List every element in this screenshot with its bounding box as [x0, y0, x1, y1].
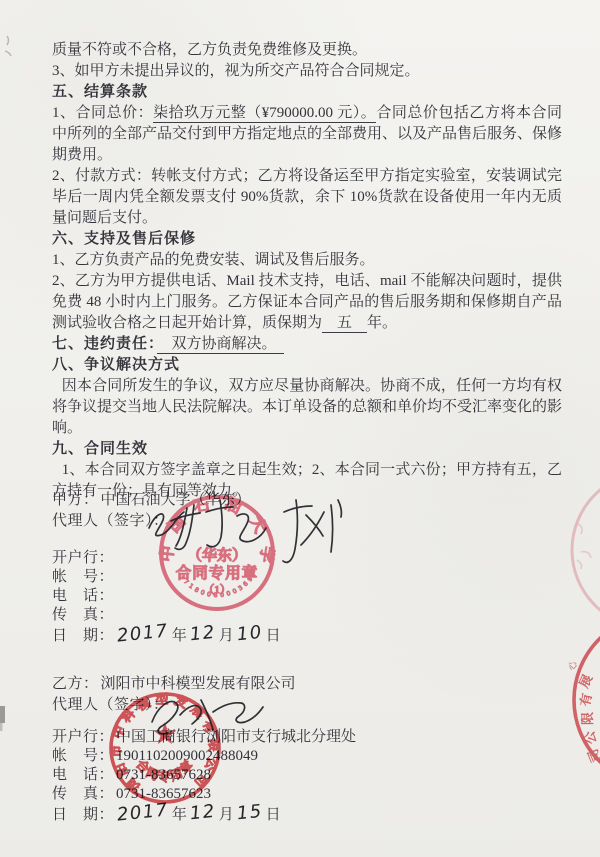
party-b-day-unit: 日	[266, 807, 281, 823]
party-b-name: 浏阳市中科模型发展有限公司	[101, 676, 296, 692]
party-b-bank-row: 开户行：中国工商银行浏阳市支行城北分理处	[52, 728, 356, 747]
party-b-block: 乙方：浏阳市中科模型发展有限公司 代理人（签字）： 开户行：中国工商银行浏阳市支…	[52, 674, 356, 825]
party-a-agent-row: 代理人（签字）：	[52, 511, 281, 532]
party-a-date-row: 日 期：2017年12月10日	[52, 625, 281, 646]
party-b-agent-label: 代理人（签字）：	[52, 697, 169, 713]
clause-free-install: 1、乙方负责产品的免费安装、调试及售后服务。	[52, 250, 562, 271]
party-a-phone-row: 电 话：	[52, 587, 281, 606]
clause-total-price: 1、合同总价：柒拾玖万元整（¥790000.00 元）。合同总价包括乙方将本合同…	[52, 103, 562, 166]
clause-objection: 3、如甲方未提出异议的，视为所交产品符合合同规定。	[52, 61, 562, 82]
heading-contract-effect: 九、合同生效	[52, 439, 562, 460]
party-b-bank-value: 中国工商银行浏阳市支行城北分理处	[116, 729, 356, 745]
party-b-date-month-handwritten: 12	[189, 802, 217, 824]
party-a-month-unit: 月	[219, 628, 234, 644]
party-b-date-year-handwritten: 2017	[116, 800, 170, 824]
clause-quality-continuation: 质量不符或不合格，乙方负责免费维修及更换。	[52, 40, 562, 61]
party-a-date-month-handwritten: 12	[189, 623, 217, 645]
tech-support-text: 2、乙方为甲方提供电话、Mail 技术支持，电话、mail 不能解决问题时，提供…	[52, 273, 562, 331]
scan-artifacts	[0, 36, 11, 731]
edge-seal-bottom-fragment: 心 展 有 限 公 司	[564, 614, 600, 786]
party-b-phone-row: 电 话：0731-83657628	[52, 766, 356, 785]
party-a-phone-label: 电 话：	[52, 588, 114, 604]
party-a-label: 甲方：	[52, 492, 99, 508]
party-a-bank-row: 开户行：	[52, 549, 281, 568]
party-b-date-row: 日 期：2017年12月15日	[52, 804, 356, 825]
party-b-bank-label: 开户行：	[52, 729, 114, 745]
party-b-date-day-handwritten: 15	[236, 802, 264, 824]
party-a-account-label: 帐 号：	[52, 569, 114, 585]
party-b-account-label: 帐 号：	[52, 748, 114, 764]
party-b-phone-label: 电 话：	[52, 767, 114, 783]
party-a-date-label: 日 期：	[52, 628, 114, 644]
party-a-day-unit: 日	[266, 628, 281, 644]
edge-seal-char-3: 公	[581, 729, 599, 746]
party-b-name-row: 乙方：浏阳市中科模型发展有限公司	[52, 674, 356, 695]
clause-tech-support: 2、乙方为甲方提供电话、Mail 技术支持，电话、mail 不能解决问题时，提供…	[52, 271, 562, 334]
heading-dispute-resolution: 八、争议解决方式	[52, 355, 562, 376]
party-a-name-row: 甲方：中国石油大学（华东）	[52, 490, 281, 511]
warranty-years-value: 五	[322, 315, 367, 333]
party-b-label: 乙方：	[52, 676, 99, 692]
party-a-bank-label: 开户行：	[52, 550, 114, 566]
party-a-name: 中国石油大学（华东）	[101, 492, 251, 508]
clause-breach: 七、违约责任： 双方协商解决。	[52, 334, 562, 355]
heading-breach-liability: 七、违约责任：	[52, 336, 157, 352]
party-a-year-unit: 年	[172, 628, 187, 644]
party-a-date-day-handwritten: 10	[236, 623, 264, 645]
party-b-account-row: 帐 号：1901102009002488049	[52, 747, 356, 766]
edge-seal-char-1: 有	[577, 692, 594, 708]
party-a-fax-label: 传 真：	[52, 607, 114, 623]
party-a-date-year-handwritten: 2017	[116, 621, 170, 645]
party-b-account-value: 1901102009002488049	[116, 748, 258, 764]
party-b-date-label: 日 期：	[52, 807, 114, 823]
party-b-agent-row: 代理人（签字）：	[52, 695, 356, 716]
party-a-agent-label: 代理人（签字）：	[52, 513, 169, 529]
party-b-fax-label: 传 真：	[52, 786, 114, 802]
warranty-years-unit: 年。	[367, 315, 397, 331]
edge-seal-extra-char: 心	[564, 658, 579, 673]
party-a-block: 甲方：中国石油大学（华东） 代理人（签字）： 开户行： 帐 号： 电 话： 传 …	[52, 490, 281, 646]
clause-payment-method: 2、付款方式：转帐支付方式；乙方将设备运至甲方指定实验室，安装调试完毕后一周内凭…	[52, 166, 562, 229]
edge-seal-char-4: 司	[585, 747, 600, 765]
party-b-phone-value: 0731-83657628	[116, 767, 211, 783]
edge-seal-char-0: 展	[576, 672, 595, 690]
contract-body: 质量不符或不合格，乙方负责免费维修及更换。 3、如甲方未提出异议的，视为所交产品…	[52, 40, 562, 502]
total-price-amount: 柒拾玖万元整（¥790000.00 元）。	[153, 105, 376, 123]
party-b-year-unit: 年	[172, 807, 187, 823]
party-a-account-row: 帐 号：	[52, 568, 281, 587]
edge-seal-top-fragment	[572, 472, 600, 628]
scanned-contract-page: 质量不符或不合格，乙方负责免费维修及更换。 3、如甲方未提出异议的，视为所交产品…	[0, 0, 600, 857]
breach-resolution-value: 双方协商解决。	[157, 336, 285, 354]
clause-dispute: 因本合同所发生的争议，双方应尽量协商解决。协商不成，任何一方均有权将争议提交当地…	[52, 376, 562, 439]
edge-seal-char-2: 限	[580, 712, 595, 725]
party-b-month-unit: 月	[219, 807, 234, 823]
heading-settlement-terms: 五、结算条款	[52, 82, 562, 103]
heading-support-warranty: 六、支持及售后保修	[52, 229, 562, 250]
total-price-label: 1、合同总价：	[52, 105, 153, 121]
